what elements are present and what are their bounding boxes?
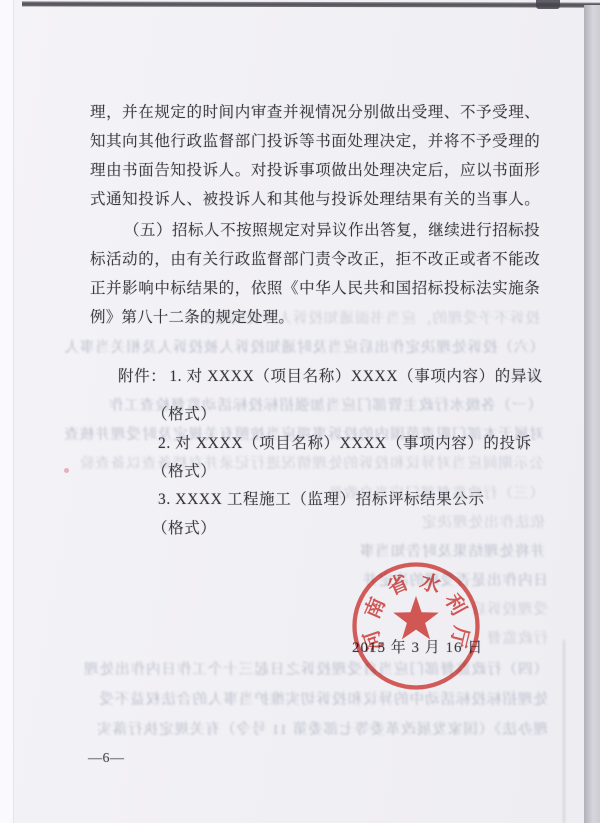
page-number: —6— <box>88 751 125 767</box>
body-line: 正并影响中标结果的，依照《中华人民共和国招标投标法实施条 <box>90 278 540 300</box>
bleedthrough-line: 理办法》（国家发展改革委等七部委第 11 号令）有关规定执行落实 <box>62 720 548 740</box>
official-seal-graphic: 河南省水利厅 <box>346 556 486 696</box>
body-line: 理由书面告知投诉人。对投诉事项做出处理决定后，应以书面形 <box>90 160 540 182</box>
attachment-item-2-format: （格式） <box>152 461 216 483</box>
paper-right-edge <box>584 5 600 823</box>
body-line: 式通知投诉人、被投诉人和其他与投诉处理结果有关的当事人。 <box>90 189 540 211</box>
bleedthrough-line: 行政监督 <box>480 629 548 649</box>
body-line: 标活动的，由有关行政监督部门责令改正，拒不改正或者不能改 <box>90 249 540 271</box>
attachment-item-3: 3. XXXX 工程施工（监理）招标评标结果公示 <box>158 489 485 511</box>
seal-character: 河 <box>360 627 389 654</box>
attachment-item-3-format: （格式） <box>152 518 216 540</box>
seal-character: 水 <box>417 569 445 598</box>
paper-top-right-shadow <box>536 0 560 9</box>
attachments-label: 附件： <box>118 368 166 385</box>
attachment-item-2: 2. 对 XXXX（项目名称）XXXX（事项内容）的投诉 <box>158 433 532 455</box>
body-line: 理，并在规定的时间内审查并视情况分别做出受理、不予受理、告 <box>90 102 540 124</box>
attachment-item-1: 附件：1. 对 XXXX（项目名称）XXXX（事项内容）的异议 <box>118 366 543 388</box>
bleedthrough-line: 公示期间应当对异议和投诉的处理情况进行记录并存档备查以备查验 <box>62 454 544 474</box>
body-line: 知其向其他行政监督部门投诉等书面处理决定，并将不予受理的 <box>90 131 540 153</box>
attachment-item-1-title: 1. 对 XXXX（项目名称）XXXX（事项内容）的异议 <box>169 368 543 385</box>
attachment-item-1-format: （格式） <box>152 404 216 426</box>
bleedthrough-line: （六）投诉处理决定作出后应当及时通知投诉人被投诉人及相关当事人 <box>64 338 544 358</box>
seal-character: 省 <box>384 570 413 600</box>
body-line: 例》第八十二条的规定处理。 <box>90 307 540 329</box>
paper-left-edge <box>0 0 14 823</box>
bleedthrough-line: 依法作出处理决定 <box>395 513 545 533</box>
seal-character: 南 <box>361 594 390 622</box>
paper-crease <box>563 640 565 823</box>
star-icon <box>393 596 439 639</box>
body-line: （五）招标人不按照规定对异议作出答复，继续进行招标投 <box>90 220 540 242</box>
seal-character: 厅 <box>445 623 473 650</box>
official-seal: 河南省水利厅 <box>346 556 486 696</box>
